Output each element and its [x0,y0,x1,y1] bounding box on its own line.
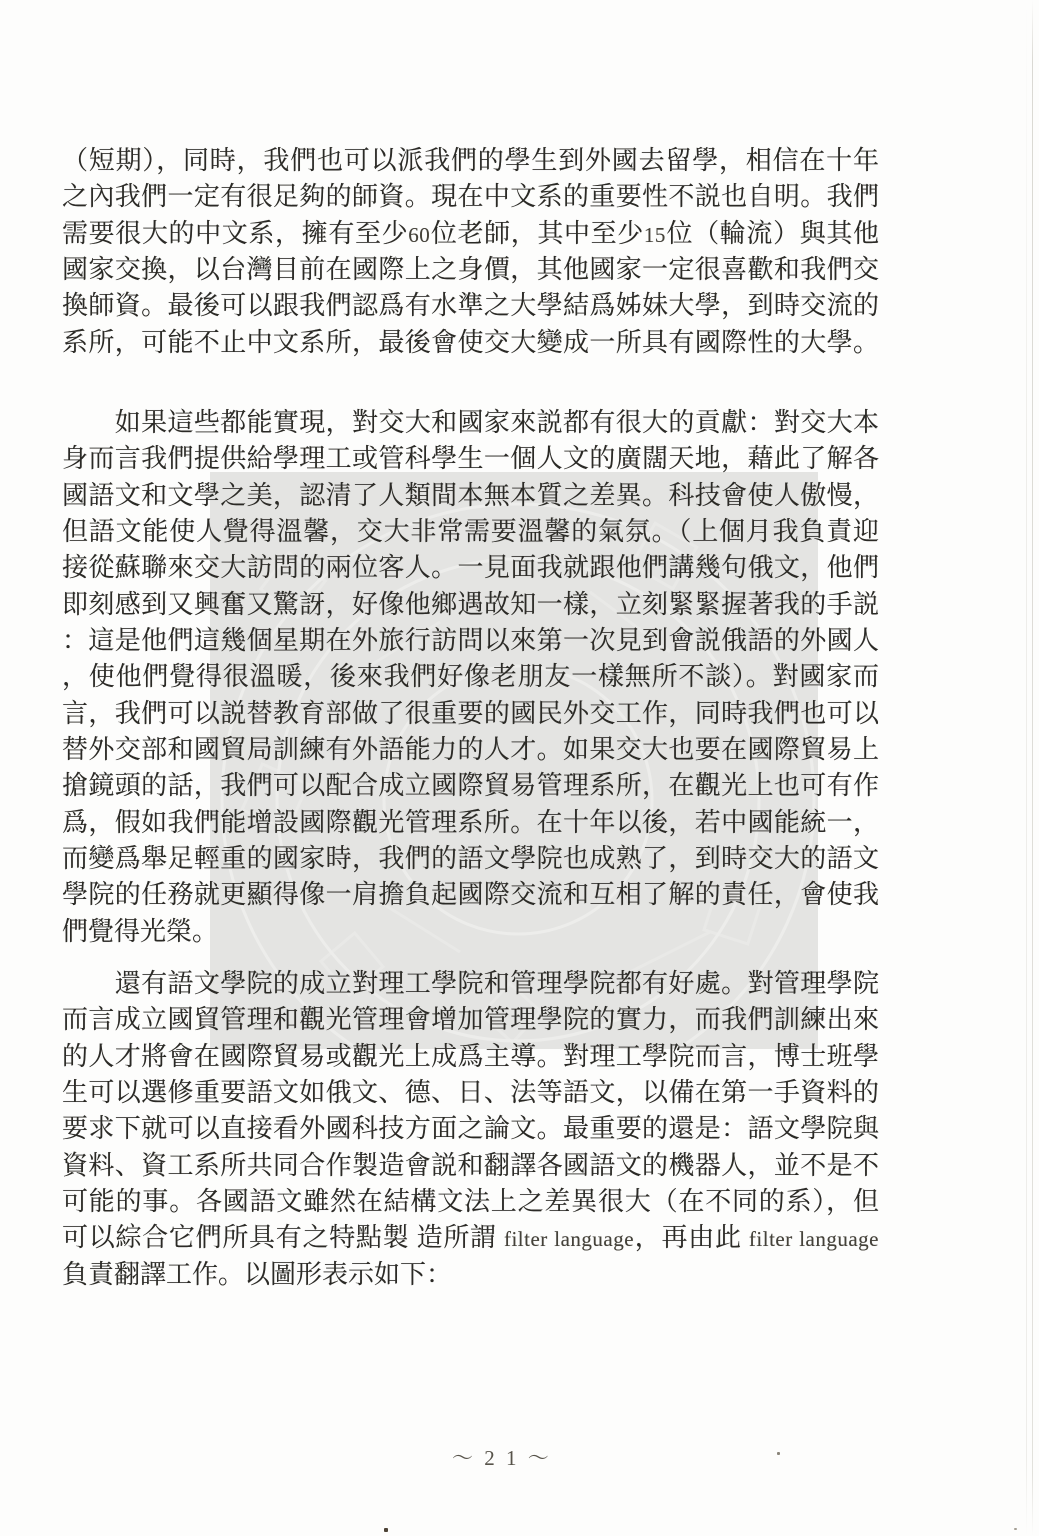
dust-speck [777,1452,780,1455]
page-number: ～ 2 1 ～ [452,1442,592,1472]
dust-speck [384,1528,388,1532]
text-line: 要求下就可以直接看外國科技方面之論文。最重要的還是：語文學院與 [62,1111,879,1147]
text-line: ：這是他們這幾個星期在外旅行訪問以來第一次見到會説俄語的外國人 [62,623,879,659]
text-line: 資料、資工系所共同合作製造會説和翻譯各國語文的機器人，並不是不 [62,1148,879,1184]
text-line: 的人才將會在國際貿易或觀光上成爲主導。對理工學院而言，博士班學 [62,1039,879,1075]
text-line: 學院的任務就更顯得像一肩擔負起國際交流和互相了解的責任，會使我 [62,877,879,913]
text-line: 需要很大的中文系，擁有至少60位老師，其中至少15位（輪流）與其他 [62,216,879,252]
text-line: 言，我們可以説替教育部做了很重要的國民外交工作，同時我們也可以 [62,696,879,732]
page-edge-line [1026,0,1027,1536]
latin-text: filter language [504,1227,634,1251]
latin-text: filter language [749,1227,879,1251]
text-line: 如果這些都能實現，對交大和國家來説都有很大的貢獻：對交大本 [62,405,879,441]
text-line: 可能的事。各國語文雖然在結構文法上之差異很大（在不同的系），但 [62,1184,879,1220]
paragraph-3: 還有語文學院的成立對理工學院和管理學院都有好處。對管理學院而言成立國貿管理和觀光… [62,966,879,1293]
text-line: 還有語文學院的成立對理工學院和管理學院都有好處。對管理學院 [62,966,879,1002]
text-line: 負責翻譯工作。以圖形表示如下： [62,1257,879,1293]
text-line: 可以綜合它們所具有之特點製 造所謂 filter language，再由此 fi… [62,1220,879,1256]
text-line: 國家交換，以台灣目前在國際上之身價，其他國家一定很喜歡和我們交 [62,252,879,288]
text-line: 即刻感到又興奮又驚訝，好像他鄉遇故知一樣，立刻緊緊握著我的手説 [62,587,879,623]
text-line: 系所，可能不止中文系所，最後會使交大變成一所具有國際性的大學。 [62,325,879,361]
text-line: 接從蘇聯來交大訪問的兩位客人。一見面我就跟他們講幾句俄文，他們 [62,550,879,586]
text-line: 國語文和文學之美，認清了人類間本無本質之差異。科技會使人傲慢， [62,478,879,514]
text-line: 而變爲舉足輕重的國家時，我們的語文學院也成熟了，到時交大的語文 [62,841,879,877]
paragraph-2: 如果這些都能實現，對交大和國家來説都有很大的貢獻：對交大本身而言我們提供給學理工… [62,405,879,950]
page-edge-line [1032,0,1033,1536]
text-line: 們覺得光榮。 [62,914,879,950]
text-line: ，使他們覺得很溫暖，後來我們好像老朋友一樣無所不談）。對國家而 [62,659,879,695]
text-line: 爲，假如我們能增設國際觀光管理系所。在十年以後，若中國能統一， [62,805,879,841]
text-line: （短期），同時，我們也可以派我們的學生到外國去留學，相信在十年 [62,143,879,179]
latin-text: 60 [408,223,430,247]
scanned-document-page: （短期），同時，我們也可以派我們的學生到外國去留學，相信在十年之內我們一定有很足… [0,0,1039,1536]
text-line: 身而言我們提供給學理工或管科學生一個人文的廣闊天地，藉此了解各 [62,441,879,477]
text-line: 而言成立國貿管理和觀光管理會增加管理學院的實力，而我們訓練出來 [62,1002,879,1038]
text-line: 但語文能使人覺得溫馨，交大非常需要溫馨的氣氛。（上個月我負責迎 [62,514,879,550]
dust-speck [1014,1528,1017,1530]
text-line: 換師資。最後可以跟我們認爲有水準之大學結爲姊妹大學，到時交流的 [62,288,879,324]
text-line: 之內我們一定有很足夠的師資。現在中文系的重要性不説也自明。我們 [62,179,879,215]
text-line: 搶鏡頭的話，我們可以配合成立國際貿易管理系所，在觀光上也可有作 [62,768,879,804]
paragraph-1: （短期），同時，我們也可以派我們的學生到外國去留學，相信在十年之內我們一定有很足… [62,143,879,361]
latin-text: 15 [644,223,666,247]
text-line: 替外交部和國貿局訓練有外語能力的人才。如果交大也要在國際貿易上 [62,732,879,768]
text-line: 生可以選修重要語文如俄文、德、日、法等語文，以備在第一手資料的 [62,1075,879,1111]
